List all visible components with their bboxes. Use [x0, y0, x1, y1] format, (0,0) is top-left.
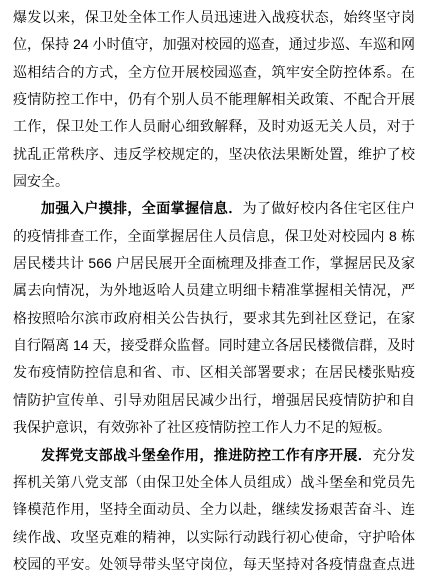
- body-text-segment: 巡相结合的方式，全方位开展校园巡查，筑牢安全防控体系。在: [13, 64, 415, 80]
- text-line: 锋模范作用，坚持全面动员、全力以赴，继续发扬艰苦奋斗、连: [13, 496, 415, 523]
- body-text-segment: 居民楼共计 566 户居民展开全面梳理及排查工作，掌握居民及家: [13, 255, 415, 271]
- body-text-segment: 的疫情排查工作，全面掌握居住人员信息，保卫处对校园内 8 栋: [13, 228, 415, 244]
- text-line: 巡相结合的方式，全方位开展校园巡查，筑牢安全防控体系。在: [13, 59, 415, 86]
- body-text-segment: 园安全。: [13, 173, 69, 189]
- text-line: 发挥党支部战斗堡垒作用，推进防控工作有序开展．充分发: [13, 442, 415, 469]
- text-line: 自行隔离 14 天，接受群众监督。同时建立各居民楼微信群，及时: [13, 332, 415, 359]
- body-text-segment: 扰乱正常秩序、违反学校规定的，坚决依法果断处置，维护了校: [13, 146, 415, 162]
- text-line: 我保护意识，有效弥补了社区疫情防控工作人力不足的短板。: [13, 414, 415, 441]
- body-text-segment: 爆发以来，保卫处全体工作人员迅速进入战疫状态，始终坚守岗: [13, 9, 415, 25]
- text-line: 居民楼共计 566 户居民展开全面梳理及排查工作，掌握居民及家: [13, 250, 415, 277]
- text-line: 的疫情排查工作，全面掌握居住人员信息，保卫处对校园内 8 栋: [13, 223, 415, 250]
- body-text-segment: 续作战、攻坚克难的精神，以实际行动践行初心使命，守护哈体: [13, 529, 415, 545]
- text-line: 挥机关第八党支部（由保卫处全体人员组成）战斗堡垒和党员先: [13, 469, 415, 496]
- text-line: 爆发以来，保卫处全体工作人员迅速进入战疫状态，始终坚守岗: [13, 4, 415, 31]
- text-line: 扰乱正常秩序、违反学校规定的，坚决依法果断处置，维护了校: [13, 141, 415, 168]
- body-text-segment: 发布疫情防控信息和省、市、区相关部署要求；在居民楼张贴疫: [13, 364, 415, 380]
- body-text-segment: 锋模范作用，坚持全面动员、全力以赴，继续发扬艰苦奋斗、连: [13, 501, 415, 517]
- bold-section-head: 加强入户摸排，全面掌握信息．: [41, 200, 243, 216]
- text-line: 工作，保卫处工作人员耐心细致解释，及时劝返无关人员，对于: [13, 113, 415, 140]
- document-page: 爆发以来，保卫处全体工作人员迅速进入战疫状态，始终坚守岗位，保持 24 小时值守…: [0, 0, 428, 579]
- body-text-segment: 疫情防控工作中，仍有个别人员不能理解相关政策、不配合开展: [13, 91, 415, 107]
- body-text-segment: 挥机关第八党支部（由保卫处全体人员组成）战斗堡垒和党员先: [13, 474, 415, 490]
- bold-section-head: 发挥党支部战斗堡垒作用，推进防控工作有序开展．: [41, 447, 372, 463]
- text-line: 疫情防控工作中，仍有个别人员不能理解相关政策、不配合开展: [13, 86, 415, 113]
- text-line: 续作战、攻坚克难的精神，以实际行动践行初心使命，守护哈体: [13, 524, 415, 551]
- body-text-segment: 为了做好校内各住宅区住户: [243, 200, 415, 216]
- body-text-segment: 位，保持 24 小时值守，加强对校园的巡查，通过步巡、车巡和网: [13, 36, 415, 52]
- document-text-body: 爆发以来，保卫处全体工作人员迅速进入战疫状态，始终坚守岗位，保持 24 小时值守…: [13, 4, 415, 578]
- body-text-segment: 校园的平安。处领导带头坚守岗位，每天坚持对各疫情盘查点进: [13, 556, 415, 572]
- text-line: 格按照哈尔滨市政府相关公告执行，要求其先到社区登记，在家: [13, 305, 415, 332]
- body-text-segment: 自行隔离 14 天，接受群众监督。同时建立各居民楼微信群，及时: [13, 337, 415, 353]
- text-line: 加强入户摸排，全面掌握信息．为了做好校内各住宅区住户: [13, 195, 415, 222]
- text-line: 位，保持 24 小时值守，加强对校园的巡查，通过步巡、车巡和网: [13, 31, 415, 58]
- text-line: 情防护宣传单、引导劝阻居民减少出行，增强居民疫情防护和自: [13, 387, 415, 414]
- text-line: 属去向情况，为外地返哈人员建立明细卡精准掌握相关情况，严: [13, 277, 415, 304]
- body-text-segment: 充分发: [372, 447, 415, 463]
- text-line: 校园的平安。处领导带头坚守岗位，每天坚持对各疫情盘查点进: [13, 551, 415, 578]
- body-text-segment: 情防护宣传单、引导劝阻居民减少出行，增强居民疫情防护和自: [13, 392, 415, 408]
- text-line: 园安全。: [13, 168, 415, 195]
- body-text-segment: 属去向情况，为外地返哈人员建立明细卡精准掌握相关情况，严: [13, 282, 415, 298]
- body-text-segment: 我保护意识，有效弥补了社区疫情防控工作人力不足的短板。: [13, 419, 391, 435]
- text-line: 发布疫情防控信息和省、市、区相关部署要求；在居民楼张贴疫: [13, 359, 415, 386]
- body-text-segment: 工作，保卫处工作人员耐心细致解释，及时劝返无关人员，对于: [13, 118, 415, 134]
- body-text-segment: 格按照哈尔滨市政府相关公告执行，要求其先到社区登记，在家: [13, 310, 415, 326]
